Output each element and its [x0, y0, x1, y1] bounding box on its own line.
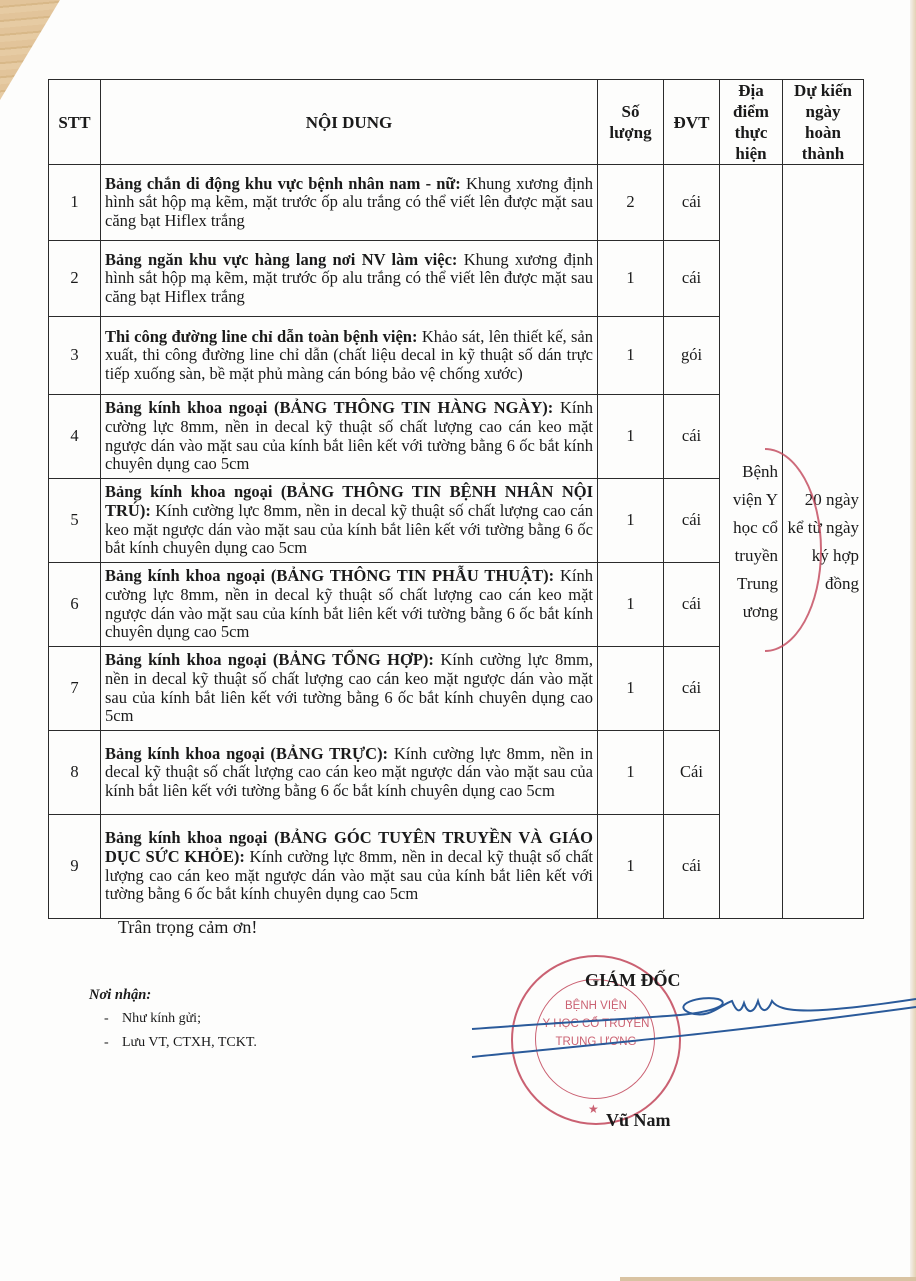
- recipient-item: Như kính gửi;: [104, 1007, 257, 1031]
- page-edge-shadow: [910, 0, 916, 1281]
- cell-content: Bảng kính khoa ngoại (BẢNG THÔNG TIN HÀN…: [101, 395, 598, 479]
- cell-unit: cái: [664, 563, 720, 647]
- item-title: Bảng kính khoa ngoại (BẢNG THÔNG TIN PHẪ…: [105, 566, 554, 585]
- handwritten-signature: [470, 985, 916, 1065]
- cell-content: Thi công đường line chỉ dẫn toàn bệnh vi…: [101, 317, 598, 395]
- cell-stt: 6: [49, 563, 101, 647]
- signatory-name: Vũ Nam: [606, 1110, 671, 1131]
- cell-content: Bảng kính khoa ngoại (BẢNG TỔNG HỢP): Kí…: [101, 647, 598, 731]
- item-title: Bảng ngăn khu vực hàng lang nơi NV làm v…: [105, 250, 457, 269]
- cell-content: Bảng kính khoa ngoại (BẢNG TRỰC): Kính c…: [101, 731, 598, 815]
- cell-quantity: 1: [598, 731, 664, 815]
- recipients-list: Như kính gửi; Lưu VT, CTXH, TCKT.: [104, 1007, 257, 1055]
- cell-content: Bảng ngăn khu vực hàng lang nơi NV làm v…: [101, 241, 598, 317]
- closing-thanks: Trân trọng cảm ơn!: [118, 917, 257, 938]
- cell-unit: gói: [664, 317, 720, 395]
- item-title: Bảng chắn di động khu vực bệnh nhân nam …: [105, 174, 461, 193]
- item-description: Kính cường lực 8mm, nền in decal kỹ thuậ…: [105, 501, 593, 557]
- cell-stt: 1: [49, 165, 101, 241]
- header-content: NỘI DUNG: [101, 80, 598, 165]
- cell-content: Bảng kính khoa ngoại (BẢNG THÔNG TIN PHẪ…: [101, 563, 598, 647]
- table-header-row: STT NỘI DUNG Số lượng ĐVT Địa điểm thực …: [49, 80, 864, 165]
- star-icon: ★: [588, 1102, 599, 1117]
- header-completion: Dự kiến ngày hoàn thành: [783, 80, 864, 165]
- cell-content: Bảng kính khoa ngoại (BẢNG GÓC TUYÊN TRU…: [101, 815, 598, 919]
- cell-unit: cái: [664, 815, 720, 919]
- cell-unit: cái: [664, 241, 720, 317]
- cell-quantity: 1: [598, 479, 664, 563]
- header-unit: ĐVT: [664, 80, 720, 165]
- cell-stt: 4: [49, 395, 101, 479]
- cell-unit: cái: [664, 647, 720, 731]
- cell-quantity: 1: [598, 241, 664, 317]
- recipients-label: Nơi nhận:: [89, 987, 151, 1004]
- cell-stt: 3: [49, 317, 101, 395]
- cell-quantity: 1: [598, 395, 664, 479]
- item-title: Bảng kính khoa ngoại (BẢNG TỔNG HỢP):: [105, 650, 434, 669]
- cell-content: Bảng kính khoa ngoại (BẢNG THÔNG TIN BỆN…: [101, 479, 598, 563]
- cell-unit: Cái: [664, 731, 720, 815]
- items-table: STT NỘI DUNG Số lượng ĐVT Địa điểm thực …: [48, 79, 864, 919]
- item-title: Bảng kính khoa ngoại (BẢNG THÔNG TIN HÀN…: [105, 398, 553, 417]
- cell-quantity: 1: [598, 647, 664, 731]
- item-title: Thi công đường line chỉ dẫn toàn bệnh vi…: [105, 327, 417, 346]
- cell-unit: cái: [664, 479, 720, 563]
- cell-quantity: 1: [598, 815, 664, 919]
- table-row: 1Bảng chắn di động khu vực bệnh nhân nam…: [49, 165, 864, 241]
- cell-unit: cái: [664, 165, 720, 241]
- cell-quantity: 1: [598, 563, 664, 647]
- cell-quantity: 1: [598, 317, 664, 395]
- header-stt: STT: [49, 80, 101, 165]
- item-title: Bảng kính khoa ngoại (BẢNG TRỰC):: [105, 744, 388, 763]
- recipient-item: Lưu VT, CTXH, TCKT.: [104, 1031, 257, 1055]
- cell-unit: cái: [664, 395, 720, 479]
- table-surface-bottom: [620, 1277, 916, 1281]
- cell-stt: 8: [49, 731, 101, 815]
- cell-content: Bảng chắn di động khu vực bệnh nhân nam …: [101, 165, 598, 241]
- header-quantity: Số lượng: [598, 80, 664, 165]
- header-location: Địa điểm thực hiện: [720, 80, 783, 165]
- cell-stt: 2: [49, 241, 101, 317]
- cell-stt: 7: [49, 647, 101, 731]
- cell-quantity: 2: [598, 165, 664, 241]
- cell-stt: 5: [49, 479, 101, 563]
- cell-stt: 9: [49, 815, 101, 919]
